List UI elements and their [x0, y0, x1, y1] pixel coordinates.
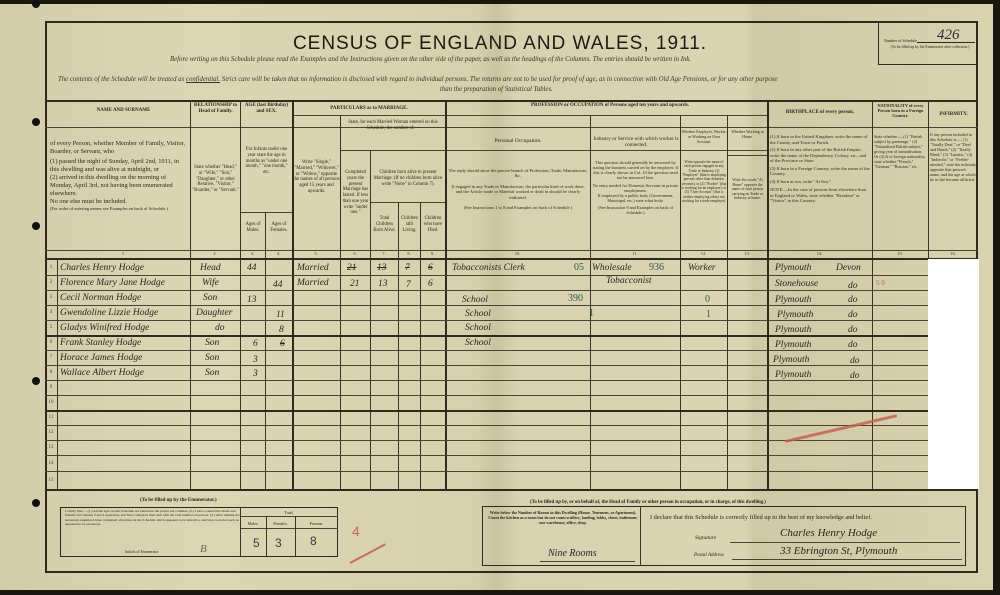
header-marriage-state: State, for each Married Woman entered on…	[342, 120, 444, 132]
header-children-died: Children who have Died.	[421, 216, 445, 233]
header-children: Children born alive to present Marriage.…	[371, 170, 445, 187]
redacted-infirmity-column	[928, 259, 979, 489]
person-birth-county: do	[850, 356, 860, 366]
header-personal-occupation: Personal Occupation.	[446, 138, 590, 145]
header-industry-desc: This question should generally be answer…	[592, 160, 679, 216]
person-name: Gladys Winifred Hodge	[60, 323, 149, 333]
col-number: 6.	[340, 251, 370, 256]
children-died: 6	[428, 279, 433, 289]
header-home: Whether Working at Home.	[728, 130, 767, 140]
header-marriage-years: Completed years the present Marriage has…	[341, 170, 370, 216]
employment-code: 0	[705, 294, 710, 305]
confidentiality-notice: The contents of the Schedule will be tre…	[58, 76, 777, 83]
person-birth-county: do	[848, 310, 858, 320]
col-number: 16.	[928, 251, 978, 256]
household-section-title: (To be filled up by, or on behalf of, th…	[530, 500, 766, 505]
header-age-males: Ages of Males.	[241, 222, 265, 234]
enumerator-initials-label: Initials of Enumerator	[125, 550, 159, 554]
children-died: 6	[428, 263, 433, 273]
children-total: 13	[378, 279, 388, 289]
person-occupation: Tobacconists Clerk	[452, 263, 525, 273]
person-name: Florence Mary Jane Hodge	[60, 278, 165, 288]
header-relationship: RELATIONSHIP to Head of Family.	[191, 103, 240, 115]
person-age-female: 6	[280, 339, 285, 349]
person-birth-county: do	[850, 371, 860, 381]
row-number: 9	[46, 385, 56, 390]
years-married: 21	[347, 263, 357, 273]
person-relationship: Son	[205, 353, 219, 363]
col-number: 11.	[590, 251, 680, 256]
person-age-male: 13	[247, 295, 257, 305]
col-number: 1.	[57, 251, 190, 256]
person-occupation: School	[465, 309, 491, 319]
enumerator-certification: I certify that:— (1.) All the ages on th…	[65, 509, 240, 527]
total-females: 3	[275, 536, 282, 550]
punch-hole	[32, 222, 40, 230]
header-children-total: Total Children Born Alive.	[371, 216, 398, 233]
postal-address-label: Postal Address	[694, 553, 724, 558]
col-number: 14.	[767, 251, 872, 256]
person-occupation: School	[465, 338, 491, 348]
row-number: 4	[46, 310, 56, 315]
punch-hole	[32, 499, 40, 507]
header-marriage: PARTICULARS as to MARRIAGE.	[293, 106, 445, 112]
person-occupation: School	[462, 295, 488, 305]
person-occupation: School	[465, 323, 491, 333]
header-age: AGE (last Birthday) and SEX.	[241, 103, 292, 115]
persons-label: Persons.	[295, 521, 338, 526]
header-infirmity: INFIRMITY.	[929, 112, 978, 118]
person-industry: Wholesale	[592, 263, 632, 273]
col-number: 9.	[420, 251, 445, 256]
person-age-male: 44	[247, 263, 257, 273]
row-number: 10	[46, 400, 56, 405]
col-number: 5.	[292, 251, 340, 256]
header-employer: Whether Employer, Worker, or Working on …	[681, 130, 727, 144]
header-marriage-condition: Write "Single," "Married," "Widower," or…	[293, 160, 340, 195]
person-name: Frank Stanley Hodge	[60, 338, 141, 348]
person-birth-county: Devon	[836, 263, 861, 273]
person-name: Wallace Albert Hodge	[60, 368, 144, 378]
person-birth-county: do	[848, 295, 858, 305]
person-condition: Married	[297, 278, 329, 288]
person-industry-line2: Tobacconist	[606, 276, 652, 286]
header-age-females: Ages of Females.	[266, 222, 292, 234]
person-birthplace: Plymouth	[775, 263, 811, 273]
person-age-male: 3	[253, 355, 258, 365]
postal-address: 33 Ebrington St, Plymouth	[780, 545, 897, 557]
signature-label: Signature	[695, 535, 716, 541]
col-number: 15.	[872, 251, 928, 256]
header-employer-desc: Write opposite the name of each person e…	[681, 160, 727, 203]
children-living: 7	[406, 280, 411, 290]
person-age-female: 11	[276, 310, 285, 320]
females-label: Females.	[266, 521, 295, 526]
row-number: 14	[46, 461, 56, 466]
schedule-number: 426	[937, 27, 960, 44]
years-married: 21	[350, 279, 360, 289]
header-name: NAME AND SURNAME	[57, 108, 190, 114]
col-number: 7.	[370, 251, 398, 256]
enumerator-section-title: (To be filled up by the Enumerator.)	[140, 498, 217, 503]
signature: Charles Henry Hodge	[780, 527, 877, 539]
col-number: 10.	[445, 251, 590, 256]
row-number: 1	[46, 265, 56, 270]
schedule-number-label: Number of Schedule	[884, 38, 917, 43]
person-relationship: Head	[200, 263, 221, 273]
header-age-desc: For Infants under one year state the age…	[242, 147, 291, 176]
row-number: 7	[46, 355, 56, 360]
person-age-male: 3	[253, 369, 258, 379]
person-name: Gwendoline Lizzie Hodge	[60, 308, 158, 318]
person-age-female: 44	[273, 280, 283, 290]
row-number: 6	[46, 340, 56, 345]
person-birthplace: Plymouth	[773, 355, 809, 365]
person-relationship: Son	[205, 338, 219, 348]
punch-hole	[32, 118, 40, 126]
total-males: 5	[253, 536, 260, 550]
person-birth-county: do	[848, 281, 858, 291]
schedule-number-box: Number of Schedule 426 (To be filled up …	[878, 23, 978, 65]
row-number: 13	[46, 445, 56, 450]
person-birthplace: Plymouth	[775, 295, 811, 305]
col-number: 4.	[265, 251, 292, 256]
schedule-number-note: (To be filled up by the Enumerator after…	[884, 45, 976, 49]
header-relationship-desc: State whether "Head," or "Wife," "Son," …	[192, 165, 239, 194]
occupation-code: 1	[589, 308, 594, 319]
person-name: Cecil Norman Hodge	[60, 293, 141, 303]
header-infirmity-desc: If any person included in this Schedule …	[930, 132, 977, 182]
person-birthplace: Plymouth	[775, 340, 811, 350]
row-number: 3	[46, 295, 56, 300]
header-home-desc: Write the words "At Home" opposite the n…	[729, 178, 766, 201]
person-condition: Married	[297, 263, 329, 273]
person-relationship: Daughter	[196, 308, 232, 318]
col-number: 13.	[727, 251, 767, 256]
occupation-code: 05	[574, 262, 584, 273]
person-relationship: Wife	[202, 278, 219, 288]
person-birthplace: Plymouth	[777, 310, 813, 320]
col-number: 3.	[240, 251, 265, 256]
header-occupation: PROFESSION or OCCUPATION of Persons aged…	[520, 103, 700, 109]
header-birthplace: BIRTHPLACE of every person.	[768, 110, 872, 116]
occupation-code: 390	[568, 293, 583, 304]
person-birthplace: Stonehouse	[775, 279, 818, 289]
total-label: Total.	[240, 510, 338, 515]
red-annotation: 4	[352, 523, 360, 539]
header-birthplace-desc: (1) If born in the United Kingdom, write…	[770, 134, 870, 204]
nationality-mark: 5 0	[876, 279, 885, 287]
person-name: Horace James Hodge	[60, 353, 142, 363]
col-number: 8.	[398, 251, 420, 256]
page-title: CENSUS OF ENGLAND AND WALES, 1911.	[0, 33, 1000, 55]
enumerator-initials: B	[200, 543, 207, 555]
children-living: 7	[405, 263, 410, 273]
header-personal-occupation-desc: The reply should show the precise branch…	[448, 168, 588, 210]
person-age-female: 8	[279, 325, 284, 335]
punch-hole	[32, 377, 40, 385]
person-relationship: Son	[205, 368, 219, 378]
employment-code: 1	[706, 309, 711, 320]
industry-code: 936	[649, 262, 664, 273]
header-name-desc: of every Person, whether Member of Famil…	[50, 140, 187, 212]
header-nationality: NATIONALITY of every Person born in a Fo…	[873, 103, 928, 118]
person-birth-county: do	[848, 325, 858, 335]
punch-hole	[32, 0, 40, 8]
person-name: Charles Henry Hodge	[60, 263, 144, 273]
declaration-text: I declare that this Schedule is correctl…	[650, 514, 872, 521]
person-birthplace: Plymouth	[775, 370, 811, 380]
instruction-line: Before writing on this Schedule please r…	[170, 56, 691, 63]
row-number: 11	[46, 415, 56, 420]
rooms-count: Nine Rooms	[548, 548, 597, 559]
row-number: 12	[46, 430, 56, 435]
males-label: Males.	[240, 521, 266, 526]
rooms-instructions: Write below the Number of Rooms in this …	[487, 511, 639, 525]
header-industry: Industry or Service with which worker is…	[592, 136, 680, 148]
row-number: 8	[46, 370, 56, 375]
person-relationship: Son	[203, 293, 217, 303]
header-children-living: Children still Living.	[399, 216, 420, 233]
header-nationality-desc: State whether:— (1) "British subject by …	[874, 134, 927, 169]
col-number: 12.	[680, 251, 727, 256]
total-persons: 8	[310, 534, 317, 548]
col-number: 2.	[190, 251, 240, 256]
person-employment-status: Worker	[688, 263, 716, 273]
row-number: 15	[46, 478, 56, 483]
person-relationship: do	[215, 323, 225, 333]
row-number: 5	[46, 325, 56, 330]
confidentiality-notice-line2: than the preparation of Statistical Tabl…	[440, 86, 553, 93]
person-birthplace: Plymouth	[775, 325, 811, 335]
person-age-male: 6	[253, 339, 258, 349]
row-number: 2	[46, 280, 56, 285]
person-birth-county: do	[848, 340, 858, 350]
children-total: 13	[377, 263, 387, 273]
